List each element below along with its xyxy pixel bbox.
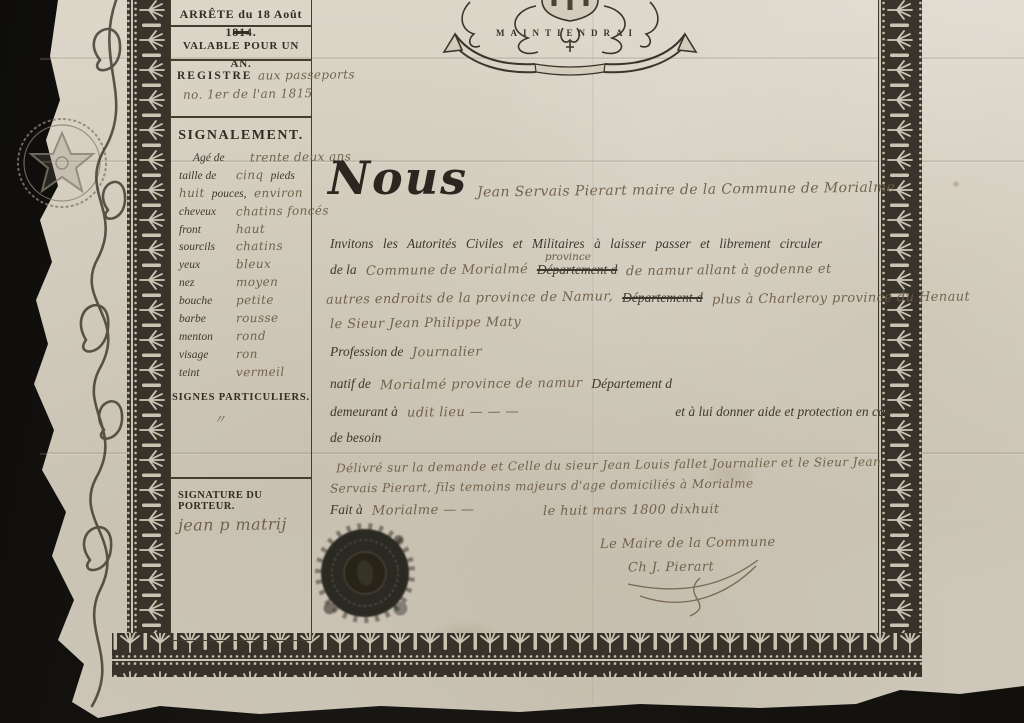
handwritten-text: Commune de Morialmé: [366, 262, 528, 279]
printed-label: cheveux: [179, 206, 229, 218]
printed-text: Profession de: [330, 344, 403, 360]
handwritten-value: environ: [253, 185, 302, 200]
signalement-box: SIGNALEMENT. Agé detrente deux anstaille…: [170, 117, 312, 478]
handwritten-text: Délivré sur la demande et Celle du sieur…: [336, 455, 881, 476]
handwritten-text: de namur allant à godenne et: [626, 262, 832, 280]
handwritten-text: udit lieu — — —: [407, 404, 519, 420]
signalement-row: bouchepetite: [179, 293, 305, 311]
separator-dash: [233, 31, 249, 34]
signalement-row: Agé detrente deux ans: [179, 150, 305, 168]
signature-box: SIGNATURE DU PORTEUR. jean p matrij: [170, 478, 312, 641]
registre-handwritten: aux passeports: [258, 67, 355, 82]
registre-box: REGISTRE aux passeports no. 1er de l'an …: [170, 60, 312, 117]
printed-text: demeurant à: [330, 404, 398, 420]
printed-text: Département d: [591, 376, 672, 392]
printed-text: de besoin: [330, 430, 381, 446]
signalement-row: yeuxbleux: [179, 257, 305, 275]
registre-label: REGISTRE: [177, 70, 252, 82]
handwritten-correction: province: [545, 251, 591, 263]
handwritten-text: Morialmé province de namur: [380, 376, 583, 393]
handwritten-text: le huit mars 1800 dixhuit: [543, 502, 720, 519]
printed-text: Invitons les Autorités Civiles et Milita…: [330, 236, 822, 252]
printed-text: Département dprovince: [537, 262, 618, 278]
body-line: autres endroits de la province de Namur,…: [326, 290, 946, 306]
body-line: Délivré sur la demande et Celle du sieur…: [336, 458, 896, 472]
handwritten-value: moyen: [236, 275, 278, 290]
printed-label: nez: [179, 277, 229, 289]
printed-label: teint: [179, 367, 229, 379]
signes-particuliers-value: 〃: [213, 408, 227, 427]
body-line: NousJean Servais Pierart maire de la Com…: [328, 158, 888, 198]
printed-text: Département d: [622, 290, 703, 306]
printed-label: visage: [179, 349, 229, 361]
printed-label: sourcils: [179, 241, 229, 253]
handwritten-text: autres endroits de la province de Namur,: [326, 289, 613, 308]
handwritten-value: ron: [236, 347, 258, 361]
printed-label: barbe: [179, 313, 229, 325]
valable-box: VALABLE POUR UN AN.: [170, 26, 312, 60]
handwritten-text: Jean Servais Pierart maire de la Commune…: [477, 179, 896, 200]
printed-label: taille de: [179, 170, 229, 182]
body-line: Fait àMorialme — —le huit mars 1800 dixh…: [330, 502, 750, 518]
handwritten-value: huit: [179, 186, 205, 200]
printed-label: pieds: [271, 170, 295, 182]
handwritten-text: Morialme — —: [372, 502, 475, 518]
signalement-title: SIGNALEMENT.: [171, 128, 311, 144]
handwritten-text: Servais Pierart, fils temoins majeurs d'…: [330, 476, 754, 495]
arrete-box: ARRÊTE du 18 Août 1814.: [170, 0, 312, 26]
handwritten-text: le Sieur Jean Philippe Maty: [330, 315, 521, 332]
signalement-row: barberousse: [179, 311, 305, 329]
handwritten-text: plus à Charleroy province du Henaut: [712, 289, 970, 307]
signes-particuliers-title: SIGNES PARTICULIERS.: [171, 392, 311, 403]
handwritten-value: vermeil: [236, 364, 285, 379]
crest-motto: MAINTIENDRAI: [496, 28, 638, 38]
registre-handwritten-2: no. 1er de l'an 1815: [183, 86, 313, 102]
handwritten-value: rousse: [236, 311, 279, 326]
signalement-row: visageron: [179, 347, 305, 365]
printed-text: et à lui donner aide et protection en ca…: [675, 404, 890, 420]
body-line: demeurant àudit lieu — — —et à lui donne…: [330, 404, 890, 420]
body-line: Invitons les Autorités Civiles et Milita…: [330, 236, 882, 252]
handwritten-value: chatins: [236, 239, 283, 254]
printed-label: front: [179, 224, 229, 236]
bearer-signature: jean p matrij: [178, 514, 287, 534]
printed-label: bouche: [179, 295, 229, 307]
signalement-rows: Agé detrente deux anstaille decinqpiedsh…: [171, 150, 311, 383]
handwritten-value: bleux: [236, 257, 271, 271]
body-line: de besoin: [330, 430, 530, 446]
handwritten-value: rond: [236, 329, 266, 343]
signalement-row: fronthaut: [179, 222, 305, 240]
printed-text: natif de: [330, 376, 371, 392]
handwritten-text: Journalier: [412, 345, 482, 361]
printed-text: de la: [330, 262, 357, 278]
signalement-row: mentonrond: [179, 329, 305, 347]
signalement-row: nezmoyen: [179, 275, 305, 293]
text-layer: MAINTIENDRAI ARRÊTE du 18 Août 1814. VAL…: [0, 0, 1024, 723]
handwritten-value: chatins foncés: [236, 203, 329, 218]
nous-word: Nous: [328, 158, 468, 198]
signalement-row: teintvermeil: [179, 365, 305, 383]
body-line: le Sieur Jean Philippe Maty: [330, 316, 630, 331]
document-scan: MAINTIENDRAI ARRÊTE du 18 Août 1814. VAL…: [0, 0, 1024, 723]
signalement-row: cheveuxchatins foncés: [179, 204, 305, 222]
body-line: Ch J. Pierart: [628, 560, 808, 575]
signalement-row: huitpouces,environ: [179, 186, 305, 204]
signalement-row: taille decinqpieds: [179, 168, 305, 186]
handwritten-value: cinq: [236, 168, 264, 182]
printed-label: yeux: [179, 259, 229, 271]
body-line: Le Maire de la Commune: [600, 536, 820, 551]
signature-label: SIGNATURE DU PORTEUR.: [178, 490, 304, 512]
body-line: de laCommune de MorialméDépartement dpro…: [330, 262, 930, 278]
handwritten-value: petite: [236, 293, 274, 307]
printed-label: menton: [179, 331, 229, 343]
body-line: Profession deJournalier: [330, 344, 630, 360]
signalement-row: sourcilschatins: [179, 239, 305, 257]
printed-text: Fait à: [330, 502, 363, 518]
body-line: natif deMorialmé province de namurDépart…: [330, 376, 750, 392]
printed-label: pouces,: [212, 188, 247, 200]
handwritten-value: haut: [236, 221, 265, 235]
handwritten-text: Le Maire de la Commune: [600, 535, 776, 552]
printed-label: Agé de: [193, 152, 243, 164]
handwritten-text: Ch J. Pierart: [628, 559, 714, 575]
body-line: Servais Pierart, fils temoins majeurs d'…: [330, 479, 750, 493]
